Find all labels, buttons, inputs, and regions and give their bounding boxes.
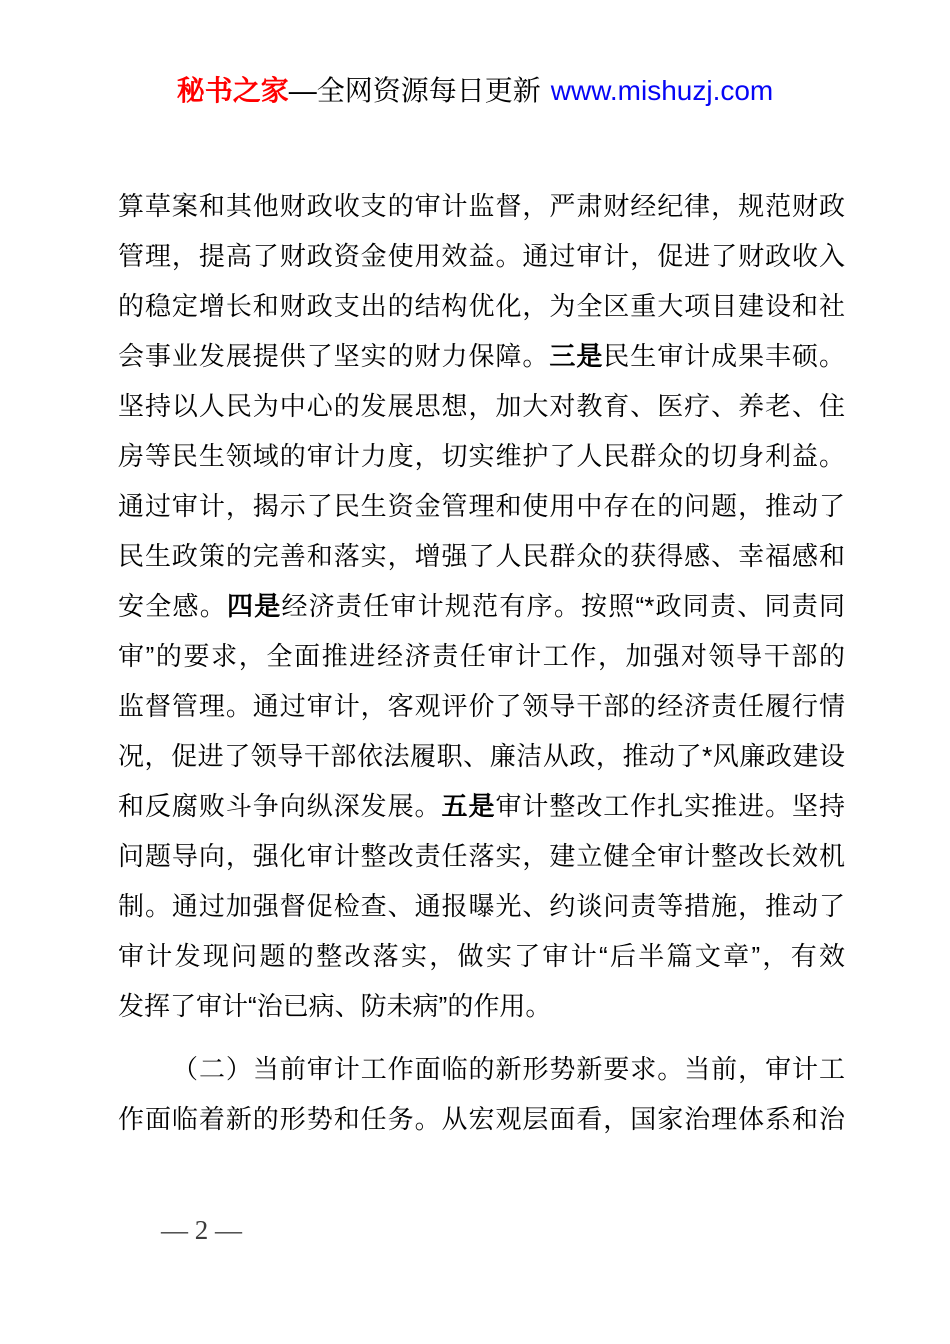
text-run: 会事业发展提供了坚实的财力保障。 [118,341,549,371]
text-run: 况，促进了领导干部依法履职、廉洁从政，推动了*风廉政建设 [118,741,845,771]
text-run: 审”的要求，全面推进经济责任审计工作，加强对领导干部的 [118,641,845,671]
document-body: 算草案和其他财政收支的审计监督，严肃财经纪律，规范财政管理，提高了财政资金使用效… [118,181,845,1144]
text-line: 发挥了审计“治已病、防未病”的作用。 [118,981,845,1031]
text-line: 况，促进了领导干部依法履职、廉洁从政，推动了*风廉政建设 [118,731,845,781]
text-run: 管理，提高了财政资金使用效益。通过审计，促进了财政收入 [118,241,845,271]
emphasis-run: 四是 [227,591,281,621]
text-run: 审计发现问题的整改落实，做实了审计“后半篇文章”，有效 [118,941,845,971]
text-run: 问题导向，强化审计整改责任落实，建立健全审计整改长效机 [118,841,845,871]
page-footer: — 2 — [161,1214,242,1246]
text-line: 审”的要求，全面推进经济责任审计工作，加强对领导干部的 [118,631,845,681]
text-line: 算草案和其他财政收支的审计监督，严肃财经纪律，规范财政 [118,181,845,231]
text-run: 监督管理。通过审计，客观评价了领导干部的经济责任履行情 [118,691,845,721]
text-run: 发挥了审计“治已病、防未病”的作用。 [118,991,551,1021]
text-run: （二）当前审计工作面临的新形势新要求。当前，审计工 [172,1054,845,1084]
text-line: 作面临着新的形势和任务。从宏观层面看，国家治理体系和治 [118,1094,845,1144]
text-line: 会事业发展提供了坚实的财力保障。三是民生审计成果丰硕。 [118,331,845,381]
site-tagline: —全网资源每日更新 [289,75,541,106]
text-line: 坚持以人民为中心的发展思想，加大对教育、医疗、养老、住 [118,381,845,431]
text-line: 安全感。四是经济责任审计规范有序。按照“*政同责、同责同 [118,581,845,631]
text-line: 通过审计，揭示了民生资金管理和使用中存在的问题，推动了 [118,481,845,531]
text-run: 和反腐败斗争向纵深发展。 [118,791,442,821]
text-run: 坚持以人民为中心的发展思想，加大对教育、医疗、养老、住 [118,391,845,421]
text-line: （二）当前审计工作面临的新形势新要求。当前，审计工 [118,1044,845,1094]
emphasis-run: 三是 [549,341,603,371]
text-run: 民生审计成果丰硕。 [603,341,845,371]
text-line: 制。通过加强督促检查、通报曝光、约谈问责等措施，推动了 [118,881,845,931]
text-run: 制。通过加强督促检查、通报曝光、约谈问责等措施，推动了 [118,891,845,921]
text-run: 经济责任审计规范有序。按照“*政同责、同责同 [281,591,845,621]
text-run: 算草案和其他财政收支的审计监督，严肃财经纪律，规范财政 [118,191,845,221]
emphasis-run: 五是 [442,791,496,821]
text-line: 问题导向，强化审计整改责任落实，建立健全审计整改长效机 [118,831,845,881]
text-run: 审计整改工作扎实推进。坚持 [495,791,845,821]
text-run: 房等民生领域的审计力度，切实维护了人民群众的切身利益。 [118,441,845,471]
site-brand: 秘书之家 [177,75,289,106]
text-run: 通过审计，揭示了民生资金管理和使用中存在的问题，推动了 [118,491,845,521]
text-line: 审计发现问题的整改落实，做实了审计“后半篇文章”，有效 [118,931,845,981]
site-url: www.mishuzj.com [551,75,773,106]
text-run: 安全感。 [118,591,227,621]
text-line: 管理，提高了财政资金使用效益。通过审计，促进了财政收入 [118,231,845,281]
site-header: 秘书之家—全网资源每日更新www.mishuzj.com [0,74,950,108]
text-line: 和反腐败斗争向纵深发展。五是审计整改工作扎实推进。坚持 [118,781,845,831]
text-run: 作面临着新的形势和任务。从宏观层面看，国家治理体系和治 [118,1104,845,1134]
text-run: 的稳定增长和财政支出的结构优化，为全区重大项目建设和社 [118,291,845,321]
text-line: 的稳定增长和财政支出的结构优化，为全区重大项目建设和社 [118,281,845,331]
text-line: 房等民生领域的审计力度，切实维护了人民群众的切身利益。 [118,431,845,481]
text-run: 民生政策的完善和落实，增强了人民群众的获得感、幸福感和 [118,541,845,571]
text-line: 监督管理。通过审计，客观评价了领导干部的经济责任履行情 [118,681,845,731]
page-number: — 2 — [161,1215,242,1245]
document-page: 秘书之家—全网资源每日更新www.mishuzj.com 算草案和其他财政收支的… [0,0,950,1344]
text-line: 民生政策的完善和落实，增强了人民群众的获得感、幸福感和 [118,531,845,581]
